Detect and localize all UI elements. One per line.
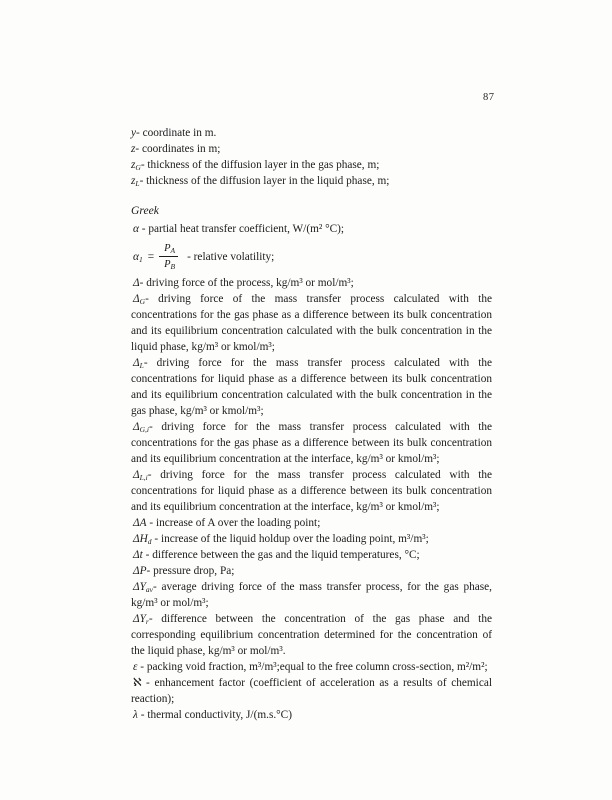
symbol: ΔL,i bbox=[133, 469, 148, 481]
definition: - driving force for the mass transfer pr… bbox=[131, 357, 492, 417]
symbol: ΔYav bbox=[133, 581, 153, 593]
definition: - coordinate in m. bbox=[136, 127, 216, 139]
symbol-entry: α - partial heat transfer coefficient, W… bbox=[131, 221, 492, 237]
definition: - thickness of the diffusion layer in th… bbox=[141, 159, 380, 171]
symbol-entry: α1=PAPB- relative volatility; bbox=[131, 240, 492, 273]
symbol: ΔYr bbox=[133, 613, 149, 625]
symbol-entry: ΔYr- difference between the concentratio… bbox=[131, 611, 492, 659]
symbol-entry: ℵ - enhancement factor (coefficient of a… bbox=[131, 675, 492, 707]
symbol-entry: ΔYav- average driving force of the mass … bbox=[131, 579, 492, 611]
symbol-entry: ΔA - increase of A over the loading poin… bbox=[131, 515, 492, 531]
symbol: ΔG,i bbox=[133, 421, 149, 433]
symbol-entry: λ - thermal conductivity, J/(m.s.°C) bbox=[131, 707, 492, 723]
definition: - difference between the gas and the liq… bbox=[143, 549, 420, 561]
symbol-entry: ΔL- driving force for the mass transfer … bbox=[131, 355, 492, 419]
symbol-entry: ΔG- driving force of the mass transfer p… bbox=[131, 291, 492, 355]
symbol-entry: Δ- driving force of the process, kg/m³ o… bbox=[131, 275, 492, 291]
definition: - average driving force of the mass tran… bbox=[131, 581, 492, 609]
definition: - increase of A over the loading point; bbox=[147, 517, 321, 529]
definition: - driving force of the mass transfer pro… bbox=[131, 293, 492, 353]
symbol: zG bbox=[131, 159, 141, 171]
symbol: Δ bbox=[133, 277, 140, 289]
symbol-entry: zL- thickness of the diffusion layer in … bbox=[131, 173, 492, 189]
symbol-entry: ε - packing void fraction, m³/m³;equal t… bbox=[131, 659, 492, 675]
symbol-entry: z- coordinates in m; bbox=[131, 141, 492, 157]
definition: - thermal conductivity, J/(m.s.°C) bbox=[138, 709, 292, 721]
symbol: zL bbox=[131, 175, 140, 187]
greek-symbol-list: α - partial heat transfer coefficient, W… bbox=[131, 221, 492, 723]
definition: - coordinates in m; bbox=[135, 143, 220, 155]
symbol: ΔP bbox=[133, 565, 147, 577]
equals-sign: = bbox=[146, 249, 154, 265]
symbol-entry: zG- thickness of the diffusion layer in … bbox=[131, 157, 492, 173]
symbol-entry: Δt - difference between the gas and the … bbox=[131, 547, 492, 563]
fraction: PAPB bbox=[159, 242, 178, 271]
nomenclature-content: y- coordinate in m.z- coordinates in m;z… bbox=[131, 125, 492, 723]
document-page: 87 y- coordinate in m.z- coordinates in … bbox=[0, 0, 612, 800]
definition: - partial heat transfer coefficient, W/(… bbox=[139, 223, 344, 235]
definition: - difference between the concentration o… bbox=[131, 613, 492, 657]
symbol-entry: ΔL,i- driving force for the mass transfe… bbox=[131, 467, 492, 515]
definition: - pressure drop, Pa; bbox=[147, 565, 235, 577]
symbol: PB bbox=[164, 259, 175, 270]
greek-heading: Greek bbox=[131, 203, 492, 219]
symbol-entry: ΔHd - increase of the liquid holdup over… bbox=[131, 531, 492, 547]
page-number: 87 bbox=[483, 92, 495, 103]
definition: - driving force of the process, kg/m³ or… bbox=[140, 277, 354, 289]
latin-symbol-list: y- coordinate in m.z- coordinates in m;z… bbox=[131, 125, 492, 189]
definition: - driving force for the mass transfer pr… bbox=[131, 421, 492, 465]
definition: - relative volatility; bbox=[185, 249, 274, 265]
definition: - packing void fraction, m³/m³;equal to … bbox=[137, 661, 487, 673]
definition: - enhancement factor (coefficient of acc… bbox=[131, 677, 492, 705]
symbol: Δt bbox=[133, 549, 143, 561]
symbol: α1 bbox=[131, 249, 143, 265]
definition: - thickness of the diffusion layer in th… bbox=[140, 175, 390, 187]
definition: - increase of the liquid holdup over the… bbox=[152, 533, 429, 545]
symbol-entry: y- coordinate in m. bbox=[131, 125, 492, 141]
symbol: ΔL bbox=[133, 357, 144, 369]
symbol: ΔA bbox=[133, 517, 147, 529]
symbol-entry: ΔG,i- driving force for the mass transfe… bbox=[131, 419, 492, 467]
symbol: ΔHd bbox=[133, 533, 152, 545]
symbol: ΔG bbox=[133, 293, 145, 305]
definition: - driving force for the mass transfer pr… bbox=[131, 469, 492, 513]
symbol: PA bbox=[164, 243, 175, 254]
symbol-entry: ΔP- pressure drop, Pa; bbox=[131, 563, 492, 579]
